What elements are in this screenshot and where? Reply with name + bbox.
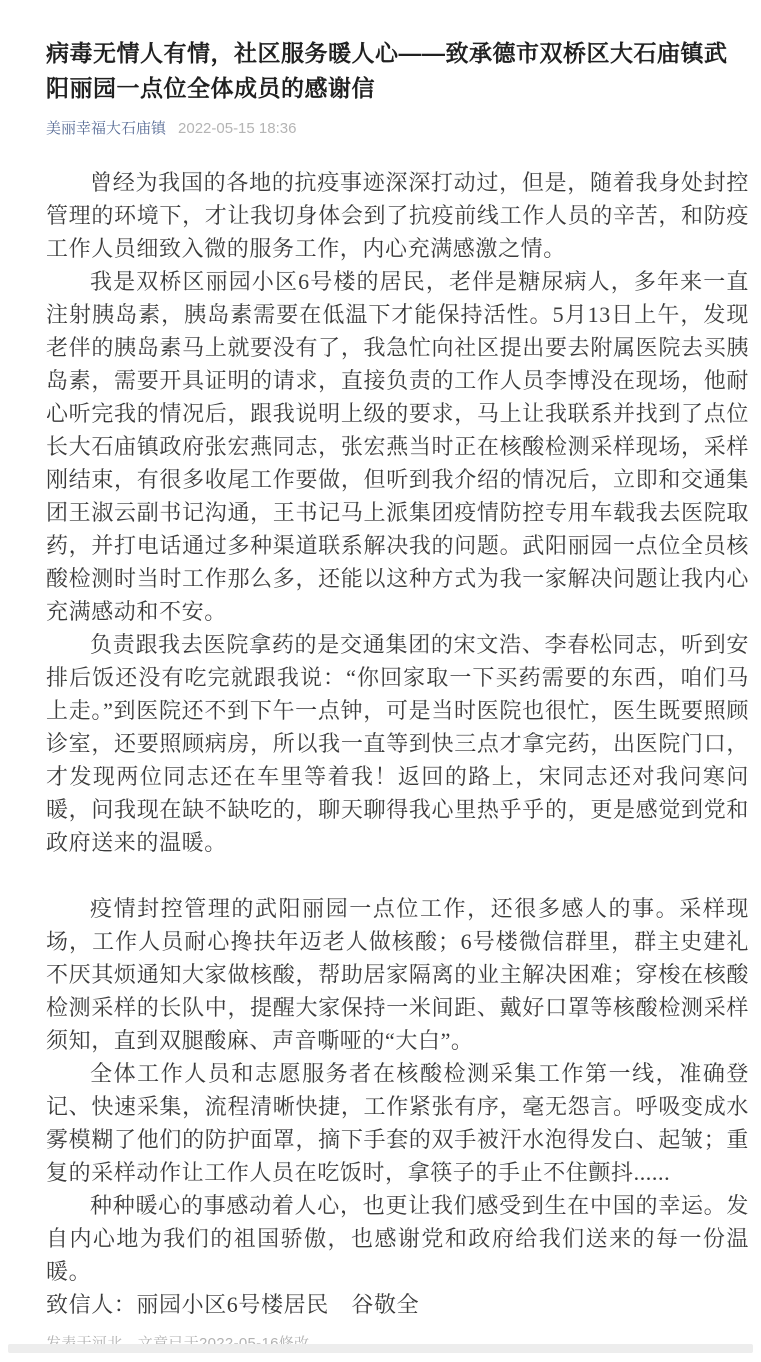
body-paragraph: 我是双桥区丽园小区6号楼的居民，老伴是糖尿病人，多年来一直注射胰岛素，胰岛素需要… <box>46 265 749 628</box>
page-title: 病毒无情人有情，社区服务暖人心——致承德市双桥区大石庙镇武阳丽园一点位全体成员的… <box>46 36 743 106</box>
article-meta: 美丽幸福大石庙镇 2022-05-15 18:36 <box>46 119 743 139</box>
article-page: 病毒无情人有情，社区服务暖人心——致承德市双桥区大石庙镇武阳丽园一点位全体成员的… <box>0 0 761 1362</box>
body-paragraph: 负责跟我去医院拿药的是交通集团的宋文浩、李春松同志，听到安排后饭还没有吃完就跟我… <box>46 628 749 859</box>
article-content: 病毒无情人有情，社区服务暖人心——致承德市双桥区大石庙镇武阳丽园一点位全体成员的… <box>0 0 761 1354</box>
body-paragraph: 曾经为我国的各地的抗疫事迹深深打动过，但是，随着我身处封控管理的环境下，才让我切… <box>46 166 749 265</box>
author-link[interactable]: 美丽幸福大石庙镇 <box>46 119 166 139</box>
bottom-divider <box>8 1344 753 1353</box>
body-paragraph <box>46 859 749 892</box>
body-paragraph: 疫情封控管理的武阳丽园一点位工作，还很多感人的事。采样现场，工作人员耐心搀扶年迈… <box>46 892 749 1057</box>
body-paragraph: 种种暖心的事感动着人心，也更让我们感受到生在中国的幸运。发自内心地为我们的祖国骄… <box>46 1189 749 1288</box>
body-paragraph: 全体工作人员和志愿服务者在核酸检测采集工作第一线，准确登记、快速采集，流程清晰快… <box>46 1057 749 1189</box>
signature-line: 致信人：丽园小区6号楼居民 谷敬全 <box>46 1288 749 1321</box>
publish-timestamp: 2022-05-15 18:36 <box>178 119 296 139</box>
article-body: 曾经为我国的各地的抗疫事迹深深打动过，但是，随着我身处封控管理的环境下，才让我切… <box>46 166 749 1321</box>
